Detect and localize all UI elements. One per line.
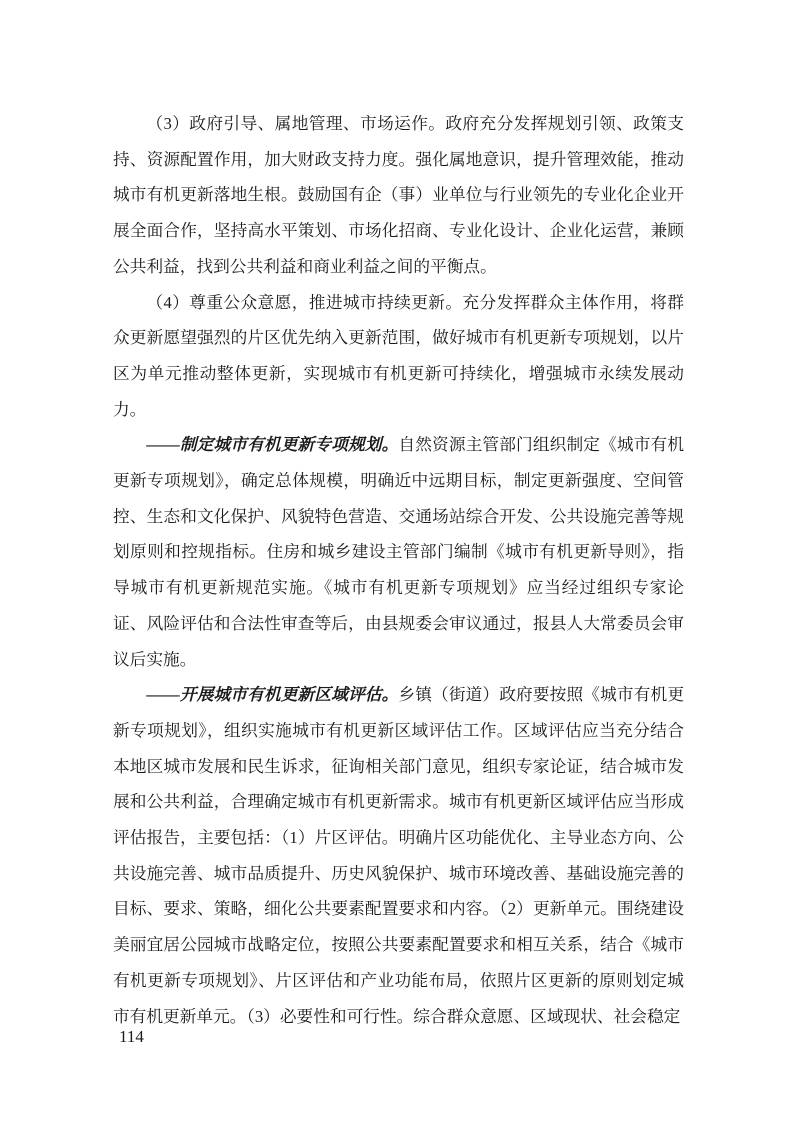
paragraph-text-regional-assessment: 乡镇（街道）政府要按照《城市有机更新专项规划》，组织实施城市有机更新区域评估工作… [113, 685, 684, 1025]
paragraph-public-will: （4）尊重公众意愿，推进城市持续更新。充分发挥群众主体作用，将群众更新愿望强烈的… [113, 285, 684, 428]
section-lead-special-planning: ——制定城市有机更新专项规划。 [146, 435, 398, 454]
paragraph-special-planning: ——制定城市有机更新专项规划。自然资源主管部门组织制定《城市有机更新专项规划》，… [113, 427, 684, 677]
document-body: （3）政府引导、属地管理、市场运作。政府充分发挥规划引领、政策支持、资源配置作用… [113, 106, 684, 1034]
document-page: （3）政府引导、属地管理、市场运作。政府充分发挥规划引领、政策支持、资源配置作用… [0, 0, 793, 1122]
page-number: 114 [119, 1026, 144, 1048]
paragraph-text-special-planning: 自然资源主管部门组织制定《城市有机更新专项规划》，确定总体规模，明确近中远期目标… [113, 435, 684, 668]
section-lead-regional-assessment: ——开展城市有机更新区域评估。 [146, 685, 398, 704]
paragraph-government-guidance: （3）政府引导、属地管理、市场运作。政府充分发挥规划引领、政策支持、资源配置作用… [113, 106, 684, 285]
paragraph-regional-assessment: ——开展城市有机更新区域评估。乡镇（街道）政府要按照《城市有机更新专项规划》，组… [113, 677, 684, 1034]
